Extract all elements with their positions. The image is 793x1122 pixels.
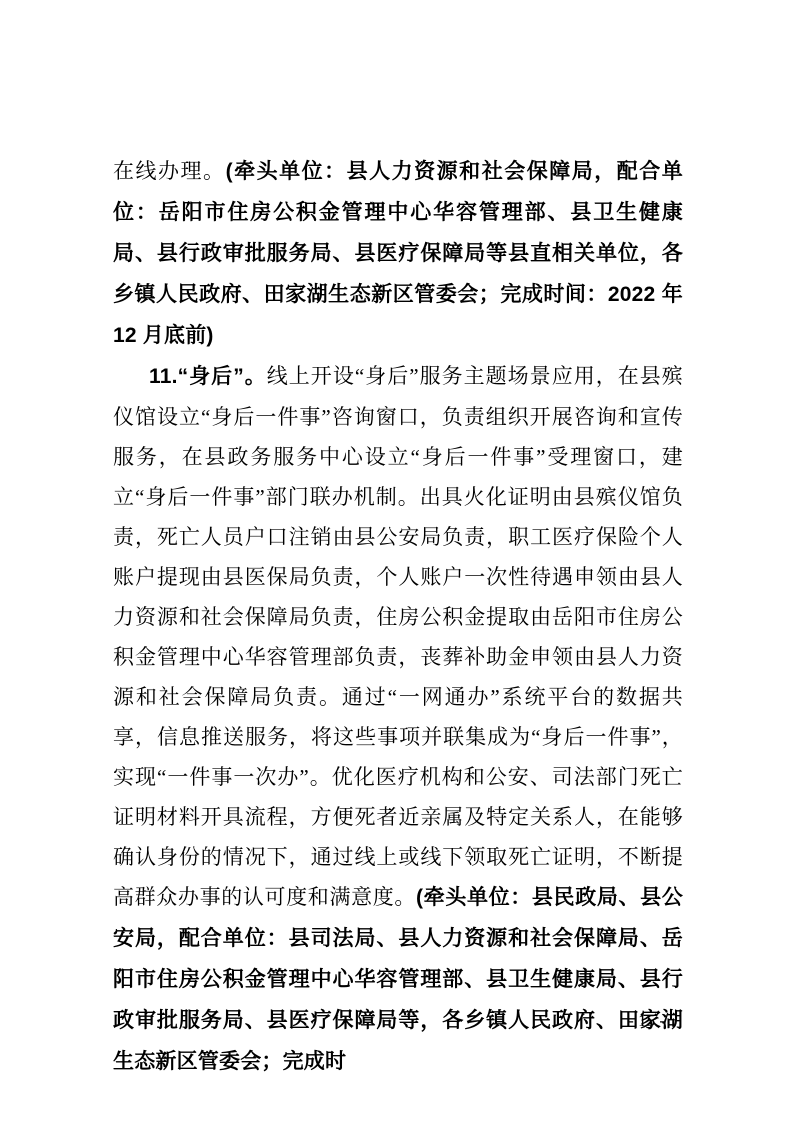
- paragraph-item-11: 11.“身后”。线上开设“身后”服务主题场景应用，在县殡仪馆设立“身后一件事”咨…: [113, 356, 683, 1082]
- page-body-text: 在线办理。(牵头单位：县人力资源和社会保障局，配合单位：岳阳市住房公积金管理中心…: [113, 151, 683, 1082]
- document-page: 在线办理。(牵头单位：县人力资源和社会保障局，配合单位：岳阳市住房公积金管理中心…: [0, 0, 793, 1122]
- text-run-bold-responsible-units: (牵头单位：县民政局、县公安局，配合单位：县司法局、县人力资源和社会保障局、岳阳…: [113, 886, 683, 1073]
- text-run-bold-responsible-units: (牵头单位：县人力资源和社会保障局，配合单位：岳阳市住房公积金管理中心华容管理部…: [113, 160, 683, 347]
- text-run-regular: 在线办理。: [113, 159, 226, 183]
- paragraph-continuation: 在线办理。(牵头单位：县人力资源和社会保障局，配合单位：岳阳市住房公积金管理中心…: [113, 151, 683, 356]
- page-number: - 15 -: [628, 1010, 665, 1032]
- text-run-bold-item-title: 11.“身后”。: [149, 365, 267, 388]
- text-run-regular-body: 线上开设“身后”服务主题场景应用，在县殡仪馆设立“身后一件事”咨询窗口，负责组织…: [113, 364, 683, 909]
